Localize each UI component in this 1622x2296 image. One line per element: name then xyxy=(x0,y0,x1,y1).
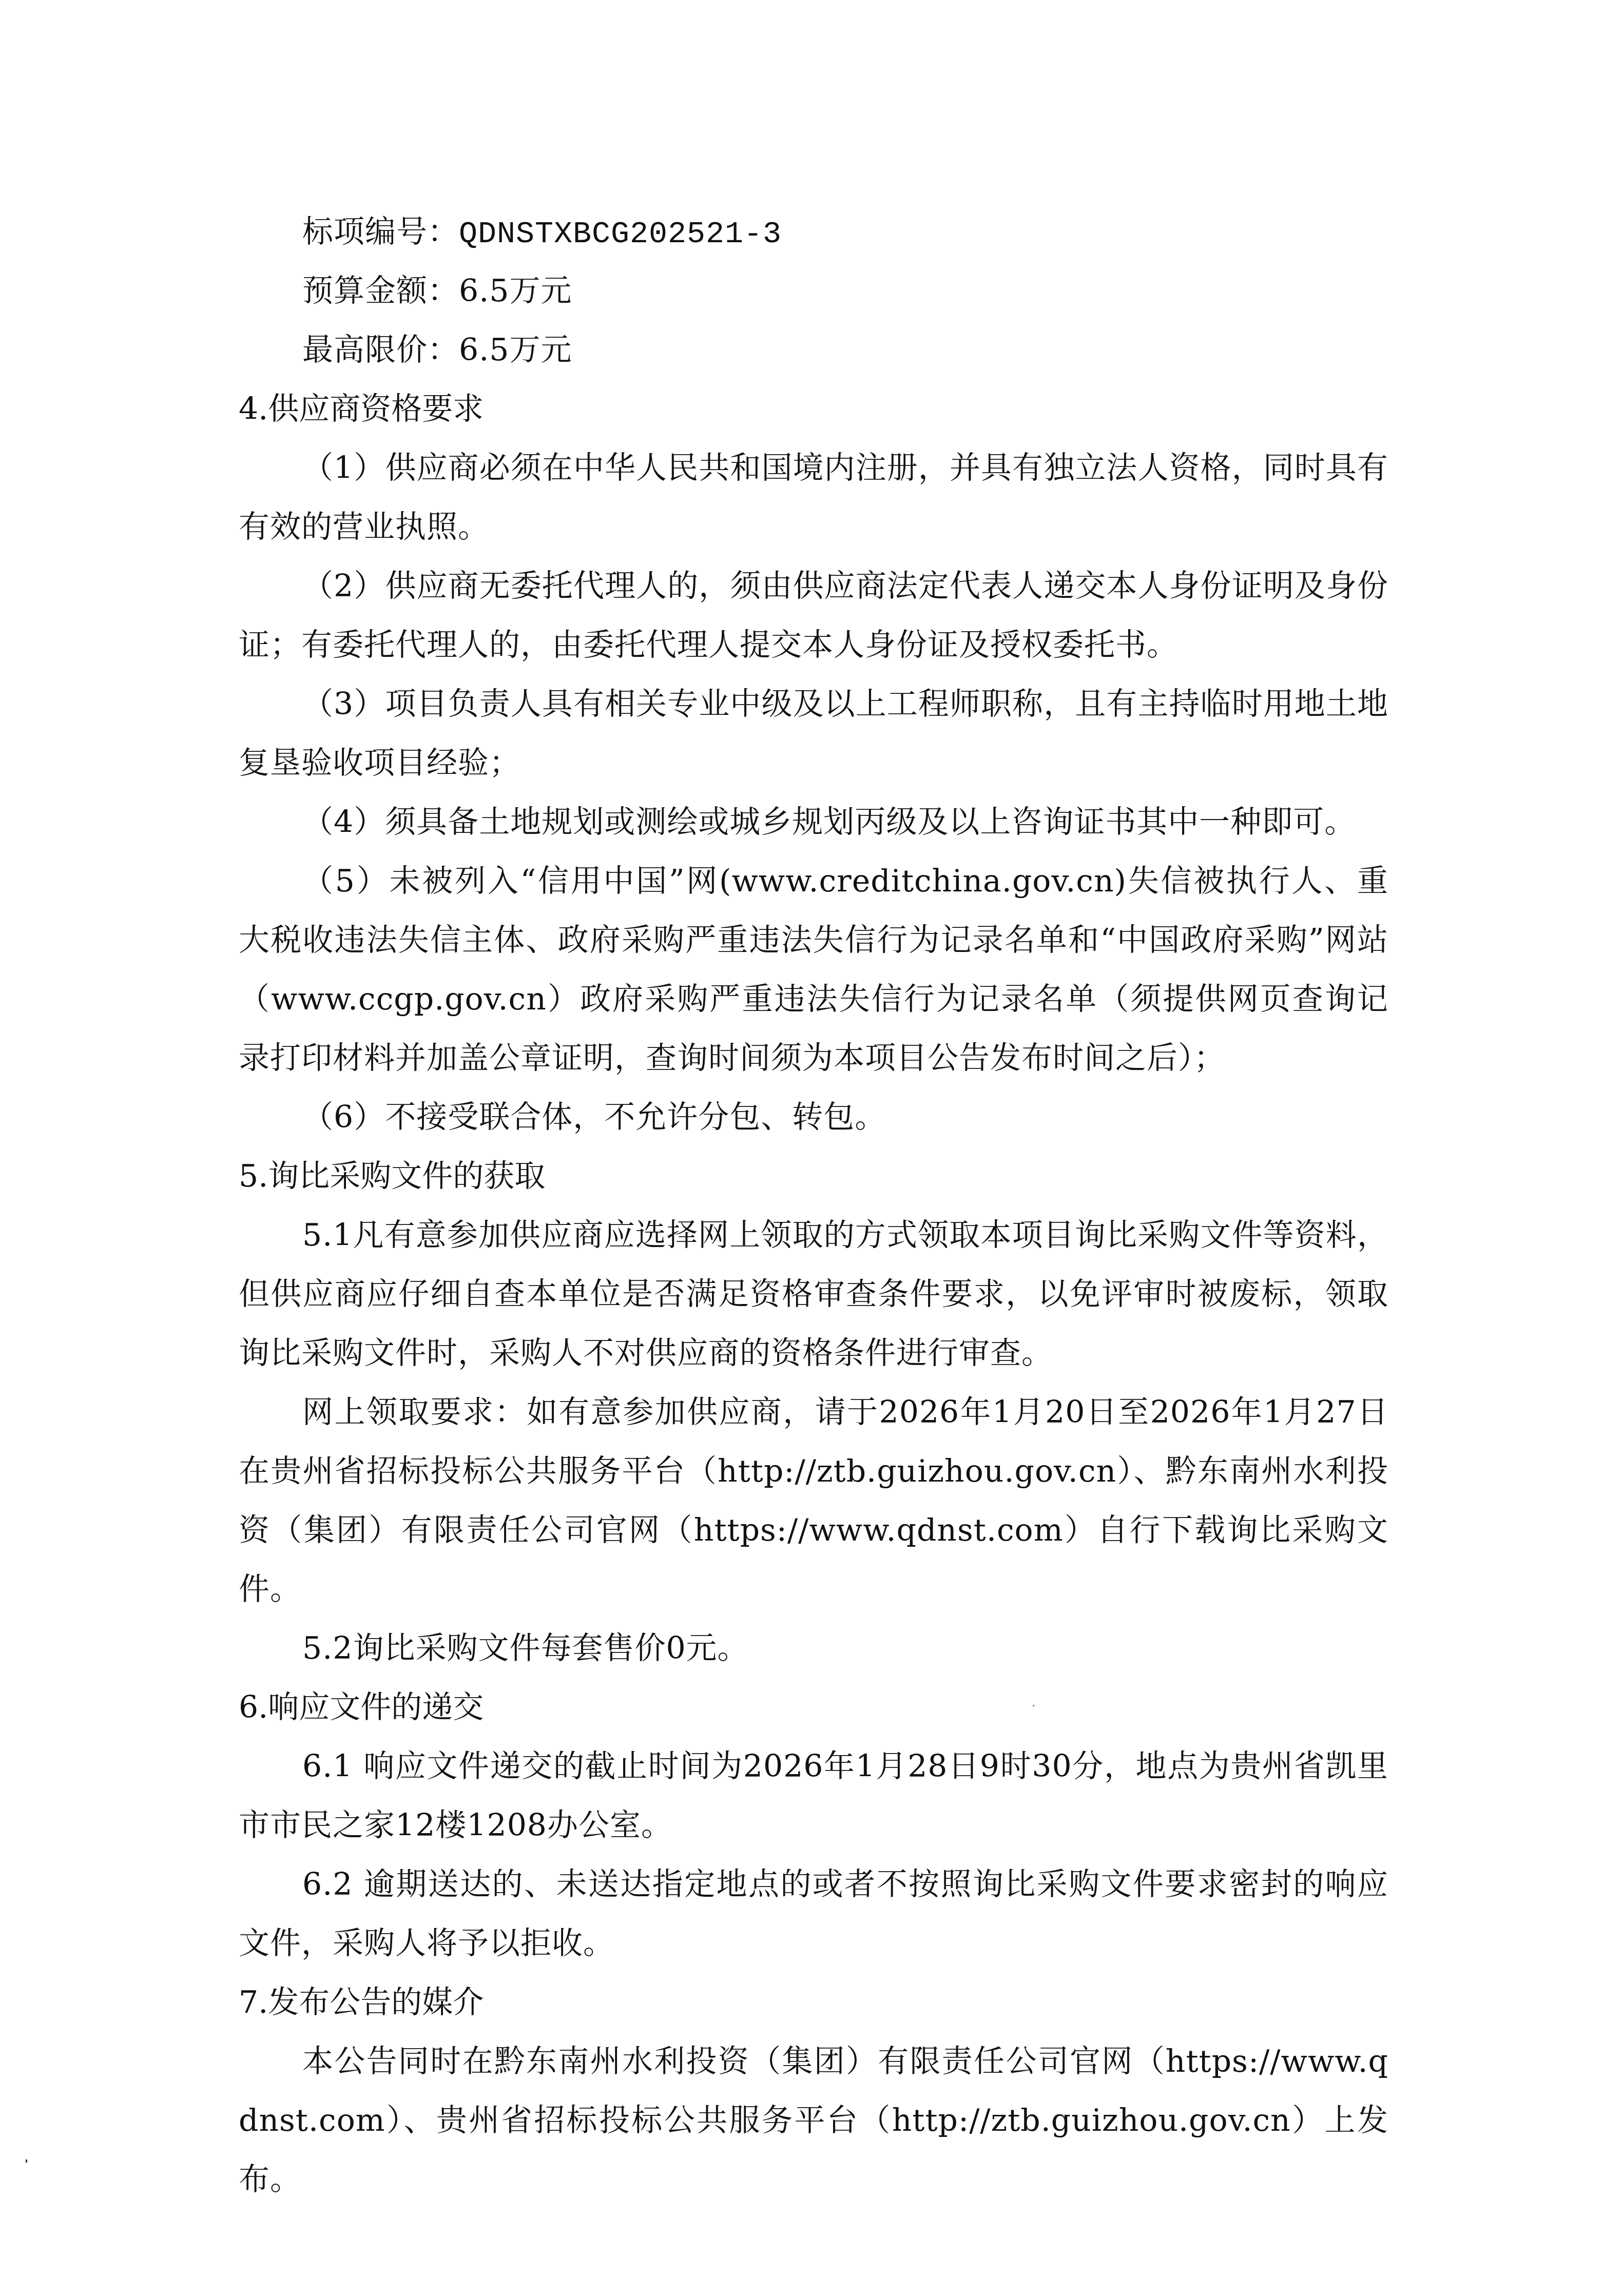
section-6-heading: 6.响应文件的递交 xyxy=(239,1678,1388,1737)
section-7-item-1: 本公告同时在黔东南州水利投资（集团）有限责任公司官网（https://www.q… xyxy=(239,2032,1388,2209)
section-5-item-1: 5.1凡有意参加供应商应选择网上领取的方式领取本项目询比采购文件等资料，但供应商… xyxy=(239,1206,1388,1383)
section-4-item-6: （6）不接受联合体，不允许分包、转包。 xyxy=(239,1088,1388,1147)
max-price-label: 最高限价： xyxy=(302,332,459,368)
section-5-heading: 5.询比采购文件的获取 xyxy=(239,1147,1388,1206)
section-6-item-1: 6.1 响应文件递交的截止时间为2026年1月28日9时30分，地点为贵州省凯里… xyxy=(239,1737,1388,1855)
budget-line: 预算金额：6.5万元 xyxy=(239,262,1388,321)
budget-label: 预算金额： xyxy=(302,273,459,309)
budget-value: 6.5万元 xyxy=(459,273,572,309)
section-5-item-2: 5.2询比采购文件每套售价0元。 xyxy=(239,1619,1388,1678)
scan-speck xyxy=(26,2159,27,2163)
bid-number-value: QDNSTXBCG202521-3 xyxy=(459,217,782,252)
max-price-line: 最高限价：6.5万元 xyxy=(239,321,1388,380)
section-4-item-3: （3）项目负责人具有相关专业中级及以上工程师职称，且有主持临时用地土地复垦验收项… xyxy=(239,675,1388,793)
section-6-item-2: 6.2 逾期送达的、未送达指定地点的或者不按照询比采购文件要求密封的响应文件，采… xyxy=(239,1855,1388,1973)
section-4-item-4: （4）须具备土地规划或测绘或城乡规划丙级及以上咨询证书其中一种即可。 xyxy=(239,793,1388,852)
section-7-heading: 7.发布公告的媒介 xyxy=(239,1973,1388,2032)
section-4-heading: 4.供应商资格要求 xyxy=(239,380,1388,439)
section-4-item-5: （5）未被列入“信用中国”网(www.creditchina.gov.cn)失信… xyxy=(239,852,1388,1088)
section-5-online-requirement: 网上领取要求：如有意参加供应商，请于2026年1月20日至2026年1月27日在… xyxy=(239,1383,1388,1619)
section-4-item-2: （2）供应商无委托代理人的，须由供应商法定代表人递交本人身份证明及身份证；有委托… xyxy=(239,557,1388,675)
max-price-value: 6.5万元 xyxy=(459,332,572,368)
document-page: 标项编号：QDNSTXBCG202521-3 预算金额：6.5万元 最高限价：6… xyxy=(239,203,1388,2209)
scan-speck xyxy=(1033,1705,1034,1706)
bid-number-label: 标项编号： xyxy=(302,214,459,250)
section-4-item-1: （1）供应商必须在中华人民共和国境内注册，并具有独立法人资格，同时具有有效的营业… xyxy=(239,439,1388,557)
bid-number-line: 标项编号：QDNSTXBCG202521-3 xyxy=(239,203,1388,262)
